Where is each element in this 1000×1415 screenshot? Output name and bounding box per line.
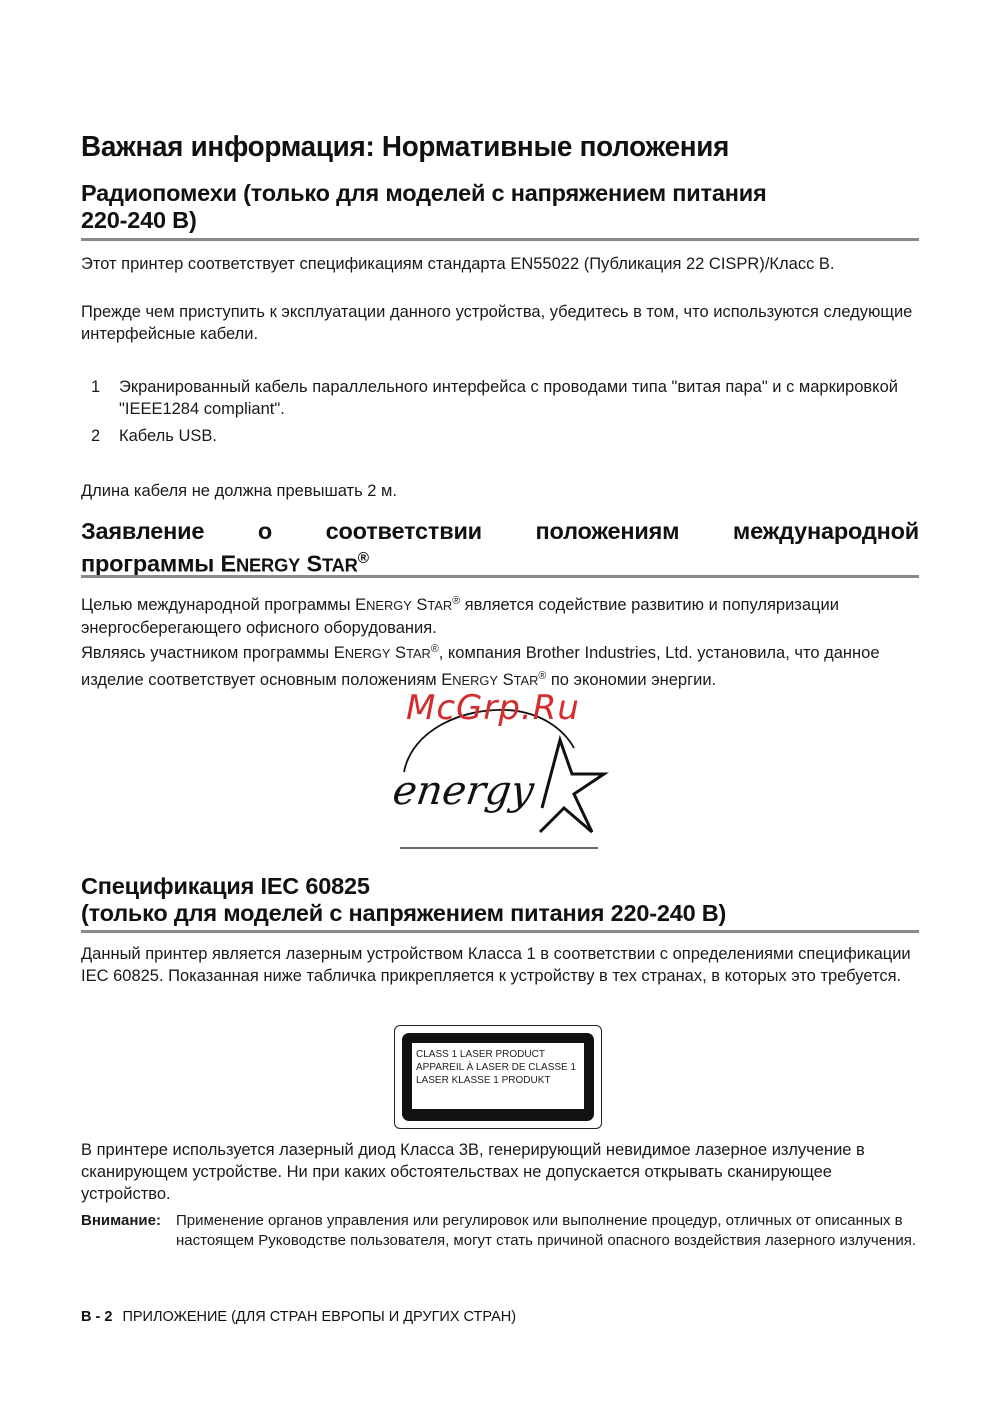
list-number: 2 (91, 425, 100, 447)
paragraph: Являясь участником программы ENERGY STAR… (81, 638, 919, 692)
heading-line: Заявление о соответствии положениям межд… (81, 518, 919, 545)
heading-line: 220-240 В) (81, 207, 919, 234)
label-line: LASER KLASSE 1 PRODUKT (416, 1074, 584, 1087)
list-text: Экранированный кабель параллельного инте… (119, 376, 909, 420)
paragraph: Данный принтер является лазерным устройс… (81, 943, 911, 987)
page-footer: B - 2 ПРИЛОЖЕНИЕ (ДЛЯ СТРАН ЕВРОПЫ И ДРУ… (81, 1308, 516, 1326)
warning-label: Внимание: (81, 1211, 161, 1231)
heading-line: программы ENERGY STAR® (81, 545, 919, 578)
label-content: CLASS 1 LASER PRODUCT APPAREIL À LASER D… (412, 1043, 584, 1109)
section-divider (81, 930, 919, 933)
heading-line: Спецификация IEC 60825 (81, 873, 919, 900)
paragraph: В принтере используется лазерный диод Кл… (81, 1139, 881, 1205)
footer-text: ПРИЛОЖЕНИЕ (ДЛЯ СТРАН ЕВРОПЫ И ДРУГИХ СТ… (122, 1309, 516, 1325)
label-line: CLASS 1 LASER PRODUCT (416, 1048, 584, 1061)
paragraph: Длина кабеля не должна превышать 2 м. (81, 480, 919, 502)
heading-line: (только для моделей с напряжением питани… (81, 900, 919, 927)
paragraph: Целью международной программы ENERGY STA… (81, 590, 919, 639)
laser-class-label: CLASS 1 LASER PRODUCT APPAREIL À LASER D… (394, 1025, 602, 1129)
section-divider (81, 575, 919, 578)
section-heading-radio-interference: Радиопомехи (только для моделей с напряж… (81, 180, 919, 234)
section-divider (81, 238, 919, 241)
label-line: APPAREIL À LASER DE CLASSE 1 (416, 1061, 584, 1074)
warning-text: Применение органов управления или регули… (176, 1211, 921, 1251)
svg-text:energy: energy (392, 768, 538, 814)
label-border: CLASS 1 LASER PRODUCT APPAREIL À LASER D… (402, 1033, 594, 1121)
watermark: McGrp.Ru (406, 688, 580, 728)
page-title: Важная информация: Нормативные положения (81, 129, 885, 165)
heading-line: Радиопомехи (только для моделей с напряж… (81, 180, 919, 207)
paragraph: Прежде чем приступить к эксплуатации дан… (81, 301, 919, 345)
list-number: 1 (91, 376, 100, 398)
paragraph: Этот принтер соответствует спецификациям… (81, 253, 919, 275)
page-number: B - 2 (81, 1309, 112, 1325)
list-text: Кабель USB. (119, 425, 909, 447)
section-heading-iec-60825: Спецификация IEC 60825 (только для модел… (81, 873, 919, 927)
section-heading-energy-star: Заявление о соответствии положениям межд… (81, 518, 919, 578)
